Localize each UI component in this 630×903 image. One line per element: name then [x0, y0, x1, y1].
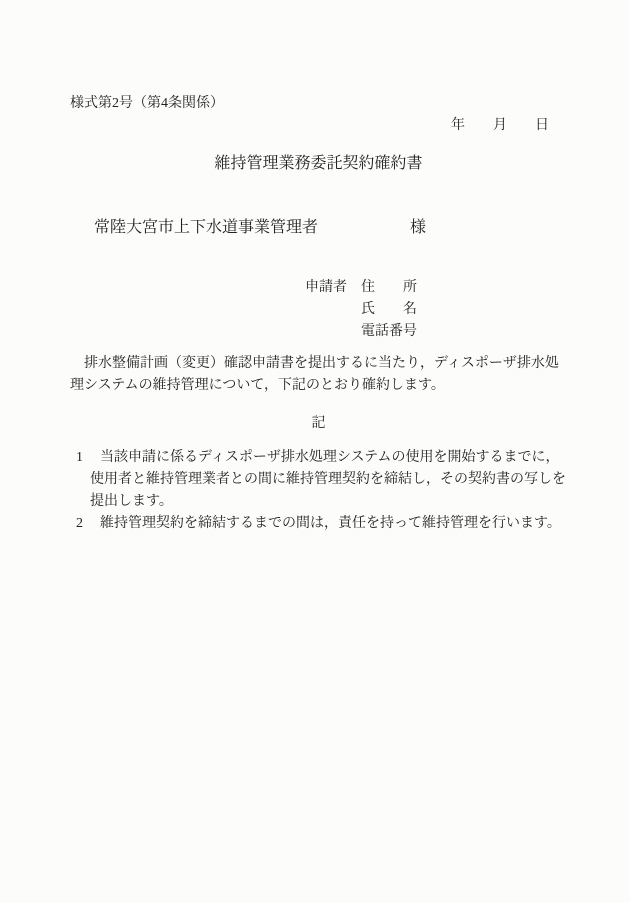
- list-item-number: 2: [76, 513, 100, 535]
- list-heading: 記: [70, 413, 567, 435]
- body-paragraph: 排水整備計画（変更）確認申請書を提出するに当たり，ディスポーザ排水処理システムの…: [70, 353, 560, 397]
- confirmation-items: 1当該申請に係るディスポーザ排水処理システムの使用を開始するまでに，使用者と維持…: [70, 447, 567, 535]
- name-field-label: 氏 名: [361, 299, 417, 321]
- applicant-address-row: 申請者 住 所: [305, 277, 567, 299]
- applicant-name-row: 氏 名: [305, 299, 567, 321]
- document-content: 様式第2号（第4条関係） 年 月 日 維持管理業務委託契約確約書 常陸大宮市上下…: [70, 93, 567, 535]
- date-line: 年 月 日: [70, 115, 549, 137]
- applicant-block: 申請者 住 所 氏 名 電話番号: [305, 277, 567, 343]
- addressee-honorific: 様: [410, 217, 426, 239]
- list-item-number: 1: [76, 447, 100, 469]
- addressee-name: 常陸大宮市上下水道事業管理者: [94, 219, 318, 236]
- list-item: 1当該申請に係るディスポーザ排水処理システムの使用を開始するまでに，使用者と維持…: [70, 447, 567, 513]
- list-item: 2維持管理契約を締結するまでの間は，責任を持って維持管理を行います。: [70, 513, 567, 535]
- applicant-label-spacer: [305, 299, 361, 321]
- document-page: 様式第2号（第4条関係） 年 月 日 維持管理業務委託契約確約書 常陸大宮市上下…: [0, 0, 630, 903]
- applicant-label: 申請者: [305, 277, 361, 299]
- address-field-label: 住 所: [361, 277, 417, 299]
- list-item-text: 維持管理契約を締結するまでの間は，責任を持って維持管理を行います。: [100, 516, 561, 531]
- addressee-line: 常陸大宮市上下水道事業管理者様: [70, 195, 567, 261]
- document-title: 維持管理業務委託契約確約書: [70, 153, 567, 175]
- phone-field-label: 電話番号: [361, 321, 417, 343]
- applicant-phone-row: 電話番号: [305, 321, 567, 343]
- list-item-text: 当該申請に係るディスポーザ排水処理システムの使用を開始するまでに，使用者と維持管…: [90, 450, 566, 509]
- applicant-label-spacer: [305, 321, 361, 343]
- form-number: 様式第2号（第4条関係）: [70, 93, 567, 115]
